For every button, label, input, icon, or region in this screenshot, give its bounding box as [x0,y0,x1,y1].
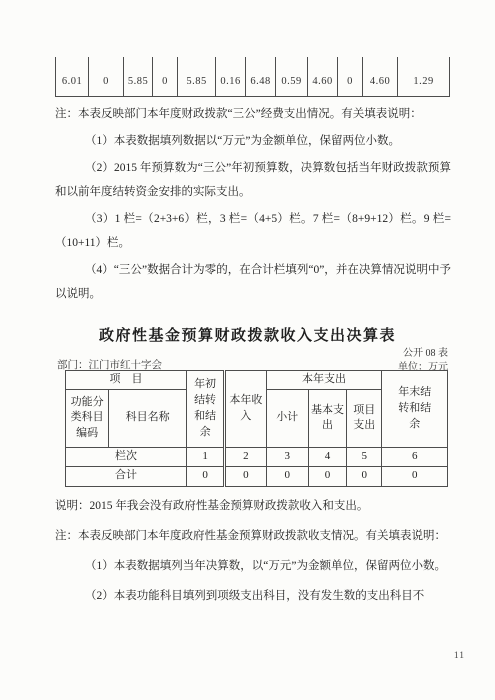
total-value-cell: 0 [347,466,382,486]
note-item-4: （4）“三公”数据合计为零的，在合计栏填列“0”，并在决算情况说明中予以说明。 [55,258,451,306]
total-value-cell: 0 [186,466,224,486]
row-label-total: 合计 [66,466,187,486]
total-value-cell: 0 [266,466,308,486]
note-item-3: （3）1 栏=（2+3+6）栏，3 栏=（4+5）栏。7 栏=（8+9+12）栏… [55,207,451,255]
total-value-cell: 0 [308,466,346,486]
table-cell: 5.85 [124,57,153,96]
col-header-year-expense: 本年支出 [266,371,382,390]
col-header-end-balance: 年末结转和结余 [382,371,448,448]
total-value-cell: 0 [225,466,266,486]
table-code-label: 公开 08 表 [403,344,448,359]
col-header-subject-name: 科目名称 [109,389,187,447]
fund-note-item-2: （2）本表功能科目填列到项级支出科目，没有发生数的支出科目不 [55,583,451,610]
table-cell: 0 [153,57,178,96]
col-header-func-code: 功能分类科目编码 [66,389,109,447]
fund-notes: 说明：2015 年我会没有政府性基金预算财政拨款收入和支出。 注：本表反映部门本… [55,490,451,610]
table-cell: 4.60 [363,57,398,96]
table-cell: 6.48 [246,57,276,96]
row-label-columns: 栏次 [66,447,187,466]
fund-budget-table: 项 目 年初结转和结余 本年收入 本年支出 年末结转和结余 功能分类科目编码 科… [65,370,448,487]
column-number-cell: 2 [225,447,266,466]
sangong-notes: 注：本表反映部门本年度财政拨款“三公”经费支出情况。有关填表说明： （1）本表数… [55,99,451,306]
table-cell: 4.60 [308,57,338,96]
column-number-cell: 5 [347,447,382,466]
col-header-basic-expense: 基本支出 [308,389,346,447]
col-header-year-income: 本年收入 [225,371,266,448]
col-header-begin-balance: 年初结转和结余 [186,371,224,448]
note-item-2: （2）2015 年预算数为“三公”年初预算数，决算数包括当年财政拨款预算和以前年… [55,156,451,204]
total-value-cell: 0 [382,466,448,486]
col-header-project: 项 目 [66,371,187,390]
col-header-project-expense: 项目支出 [347,389,382,447]
document-page: 6.01 0 5.85 0 5.85 0.16 6.48 0.59 4.60 0… [0,0,495,700]
column-number-cell: 4 [308,447,346,466]
col-header-subtotal: 小计 [266,389,308,447]
column-number-cell: 6 [382,447,448,466]
table-cell: 0 [338,57,363,96]
table-cell: 5.85 [178,57,216,96]
page-title: 政府性基金预算财政拨款收入支出决算表 [0,324,495,345]
column-number-cell: 3 [266,447,308,466]
fund-statement: 说明：2015 年我会没有政府性基金预算财政拨款收入和支出。 [55,493,451,520]
fund-note-intro: 注：本表反映部门本年度政府性基金预算财政拨款收支情况。有关填表说明： [55,523,451,550]
fund-note-item-1: （1）本表数据填列当年决算数，以“万元”为金额单位，保留两位小数。 [55,553,451,580]
note-item-1: （1）本表数据填列数据以“万元”为金额单位，保留两位小数。 [55,129,451,153]
table-cell: 0 [89,57,124,96]
column-number-cell: 1 [186,447,224,466]
sangong-table-fragment: 6.01 0 5.85 0 5.85 0.16 6.48 0.59 4.60 0… [55,57,450,97]
table-cell: 0.16 [216,57,246,96]
table-cell: 1.29 [398,57,450,96]
table-cell: 0.59 [276,57,308,96]
table-cell: 6.01 [56,57,89,96]
page-number: 11 [454,651,465,661]
note-intro: 注：本表反映部门本年度财政拨款“三公”经费支出情况。有关填表说明： [55,102,451,126]
